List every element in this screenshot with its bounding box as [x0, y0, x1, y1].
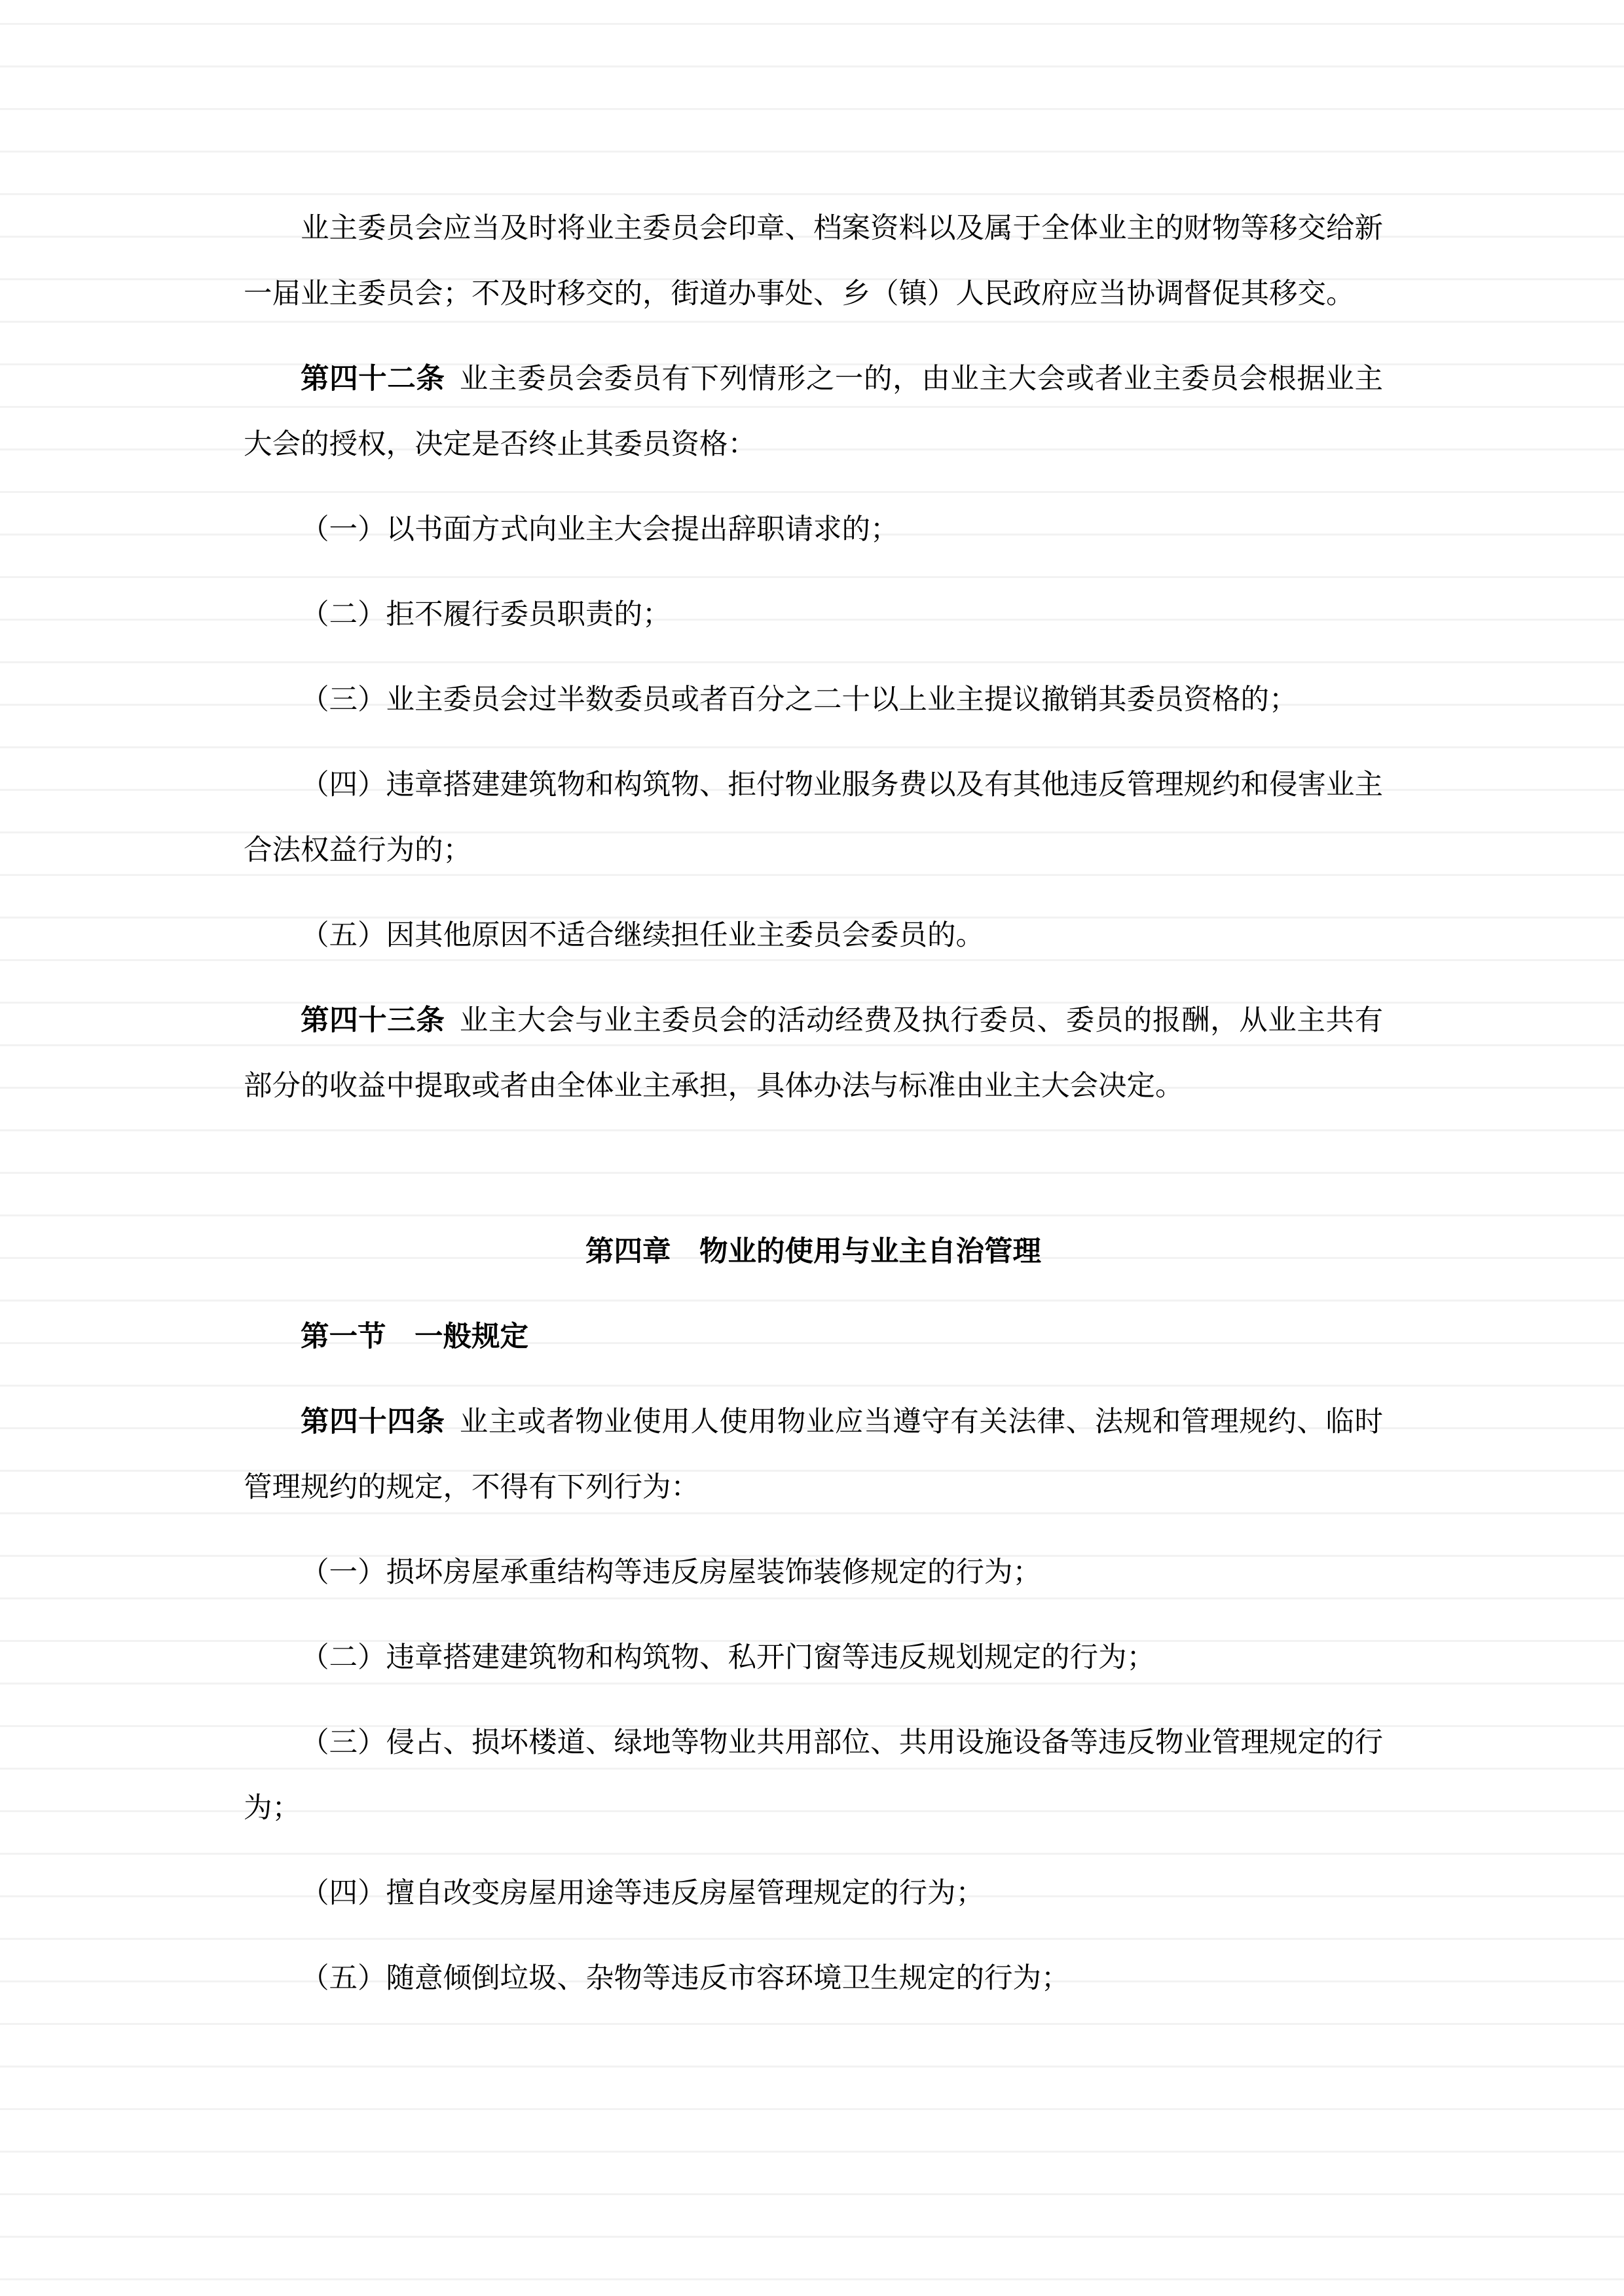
line-text: 业主大会与业主委员会的活动经费及执行委员、委员的报酬，从业主共有: [459, 1005, 1383, 1036]
text-line: 第四十四条业主或者物业使用人使用物业应当遵守有关法律、法规和管理规约、临时: [244, 1389, 1383, 1455]
text-line: （五）随意倾倒垃圾、杂物等违反市容环境卫生规定的行为；: [244, 1946, 1383, 2011]
line-text: 第四章 物业的使用与业主自治管理: [585, 1236, 1041, 1267]
article-number-lead: 第四十二条: [301, 363, 445, 395]
text-line: （三）侵占、损坏楼道、绿地等物业共用部位、共用设施设备等违反物业管理规定的行: [244, 1710, 1383, 1776]
line-text: （一）以书面方式向业主大会提出辞职请求的；: [301, 514, 899, 545]
article-number-lead: 第四十四条: [301, 1406, 445, 1438]
para-item-2: （二）拒不履行委员职责的；: [244, 582, 1383, 647]
text-line: 为；: [244, 1776, 1383, 1841]
text-line: 部分的收益中提取或者由全体业主承担，具体办法与标准由业主大会决定。: [244, 1053, 1383, 1119]
heading-chapter-4: 第四章 物业的使用与业主自治管理: [244, 1219, 1383, 1285]
text-line: 第四十三条业主大会与业主委员会的活动经费及执行委员、委员的报酬，从业主共有: [244, 988, 1383, 1053]
para-prohibit-3: （三）侵占、损坏楼道、绿地等物业共用部位、共用设施设备等违反物业管理规定的行为；: [244, 1710, 1383, 1841]
text-line: 管理规约的规定，不得有下列行为：: [244, 1455, 1383, 1520]
line-text: 第一节 一般规定: [301, 1321, 528, 1353]
line-text: 一届业主委员会；不及时移交的，街道办事处、乡（镇）人民政府应当协调督促其移交。: [244, 278, 1355, 310]
text-line: （四）擅自改变房屋用途等违反房屋管理规定的行为；: [244, 1861, 1383, 1926]
line-text: 大会的授权，决定是否终止其委员资格：: [244, 429, 756, 460]
para-item-4: （四）违章搭建建筑物和构筑物、拒付物业服务费以及有其他违反管理规约和侵害业主合法…: [244, 752, 1383, 883]
text-line: （四）违章搭建建筑物和构筑物、拒付物业服务费以及有其他违反管理规约和侵害业主: [244, 752, 1383, 818]
line-text: （五）因其他原因不适合继续担任业主委员会委员的。: [301, 920, 984, 951]
para-prohibit-4: （四）擅自改变房屋用途等违反房屋管理规定的行为；: [244, 1861, 1383, 1926]
para-article-42: 第四十二条业主委员会委员有下列情形之一的，由业主大会或者业主委员会根据业主大会的…: [244, 346, 1383, 477]
para-article-43: 第四十三条业主大会与业主委员会的活动经费及执行委员、委员的报酬，从业主共有部分的…: [244, 988, 1383, 1119]
line-text: 为；: [244, 1793, 301, 1824]
text-line: 第四章 物业的使用与业主自治管理: [244, 1219, 1383, 1285]
line-text: （五）随意倾倒垃圾、杂物等违反市容环境卫生规定的行为；: [301, 1963, 1070, 1994]
line-text: （三）业主委员会过半数委员或者百分之二十以上业主提议撤销其委员资格的；: [301, 684, 1298, 716]
line-text: （四）违章搭建建筑物和构筑物、拒付物业服务费以及有其他违反管理规约和侵害业主: [301, 769, 1383, 801]
para-committee-handover: 业主委员会应当及时将业主委员会印章、档案资料以及属于全体业主的财物等移交给新一届…: [244, 196, 1383, 327]
line-text: 部分的收益中提取或者由全体业主承担，具体办法与标准由业主大会决定。: [244, 1070, 1184, 1102]
text-line: （二）违章搭建建筑物和构筑物、私开门窗等违反规划规定的行为；: [244, 1625, 1383, 1690]
text-line: （三）业主委员会过半数委员或者百分之二十以上业主提议撤销其委员资格的；: [244, 667, 1383, 733]
heading-section-1: 第一节 一般规定: [244, 1304, 1383, 1370]
line-text: 管理规约的规定，不得有下列行为：: [244, 1472, 699, 1503]
para-article-44: 第四十四条业主或者物业使用人使用物业应当遵守有关法律、法规和管理规约、临时管理规…: [244, 1389, 1383, 1520]
line-text: （二）拒不履行委员职责的；: [301, 599, 671, 630]
text-line: 业主委员会应当及时将业主委员会印章、档案资料以及属于全体业主的财物等移交给新: [244, 196, 1383, 261]
para-item-5: （五）因其他原因不适合继续担任业主委员会委员的。: [244, 903, 1383, 968]
line-text: 业主委员会应当及时将业主委员会印章、档案资料以及属于全体业主的财物等移交给新: [301, 213, 1383, 244]
text-line: （五）因其他原因不适合继续担任业主委员会委员的。: [244, 903, 1383, 968]
text-line: （二）拒不履行委员职责的；: [244, 582, 1383, 647]
line-text: 合法权益行为的；: [244, 835, 471, 866]
line-text: （一）损坏房屋承重结构等违反房屋装饰装修规定的行为；: [301, 1557, 1041, 1588]
line-text: （三）侵占、损坏楼道、绿地等物业共用部位、共用设施设备等违反物业管理规定的行: [301, 1727, 1383, 1758]
page: 业主委员会应当及时将业主委员会印章、档案资料以及属于全体业主的财物等移交给新一届…: [0, 0, 1624, 2296]
para-prohibit-5: （五）随意倾倒垃圾、杂物等违反市容环境卫生规定的行为；: [244, 1946, 1383, 2011]
para-item-3: （三）业主委员会过半数委员或者百分之二十以上业主提议撤销其委员资格的；: [244, 667, 1383, 733]
line-text: （二）违章搭建建筑物和构筑物、私开门窗等违反规划规定的行为；: [301, 1642, 1155, 1673]
text-line: 第四十二条业主委员会委员有下列情形之一的，由业主大会或者业主委员会根据业主: [244, 346, 1383, 412]
line-text: （四）擅自改变房屋用途等违反房屋管理规定的行为；: [301, 1878, 984, 1909]
text-line: （一）以书面方式向业主大会提出辞职请求的；: [244, 497, 1383, 562]
para-prohibit-1: （一）损坏房屋承重结构等违反房屋装饰装修规定的行为；: [244, 1540, 1383, 1605]
document-body: 业主委员会应当及时将业主委员会印章、档案资料以及属于全体业主的财物等移交给新一届…: [244, 196, 1383, 2031]
text-line: 大会的授权，决定是否终止其委员资格：: [244, 412, 1383, 477]
article-number-lead: 第四十三条: [301, 1005, 445, 1036]
text-line: （一）损坏房屋承重结构等违反房屋装饰装修规定的行为；: [244, 1540, 1383, 1605]
para-prohibit-2: （二）违章搭建建筑物和构筑物、私开门窗等违反规划规定的行为；: [244, 1625, 1383, 1690]
line-text: 业主或者物业使用人使用物业应当遵守有关法律、法规和管理规约、临时: [459, 1406, 1383, 1438]
line-text: 业主委员会委员有下列情形之一的，由业主大会或者业主委员会根据业主: [459, 363, 1383, 395]
text-line: 合法权益行为的；: [244, 818, 1383, 883]
text-line: 第一节 一般规定: [244, 1304, 1383, 1370]
para-item-1: （一）以书面方式向业主大会提出辞职请求的；: [244, 497, 1383, 562]
text-line: 一届业主委员会；不及时移交的，街道办事处、乡（镇）人民政府应当协调督促其移交。: [244, 261, 1383, 327]
